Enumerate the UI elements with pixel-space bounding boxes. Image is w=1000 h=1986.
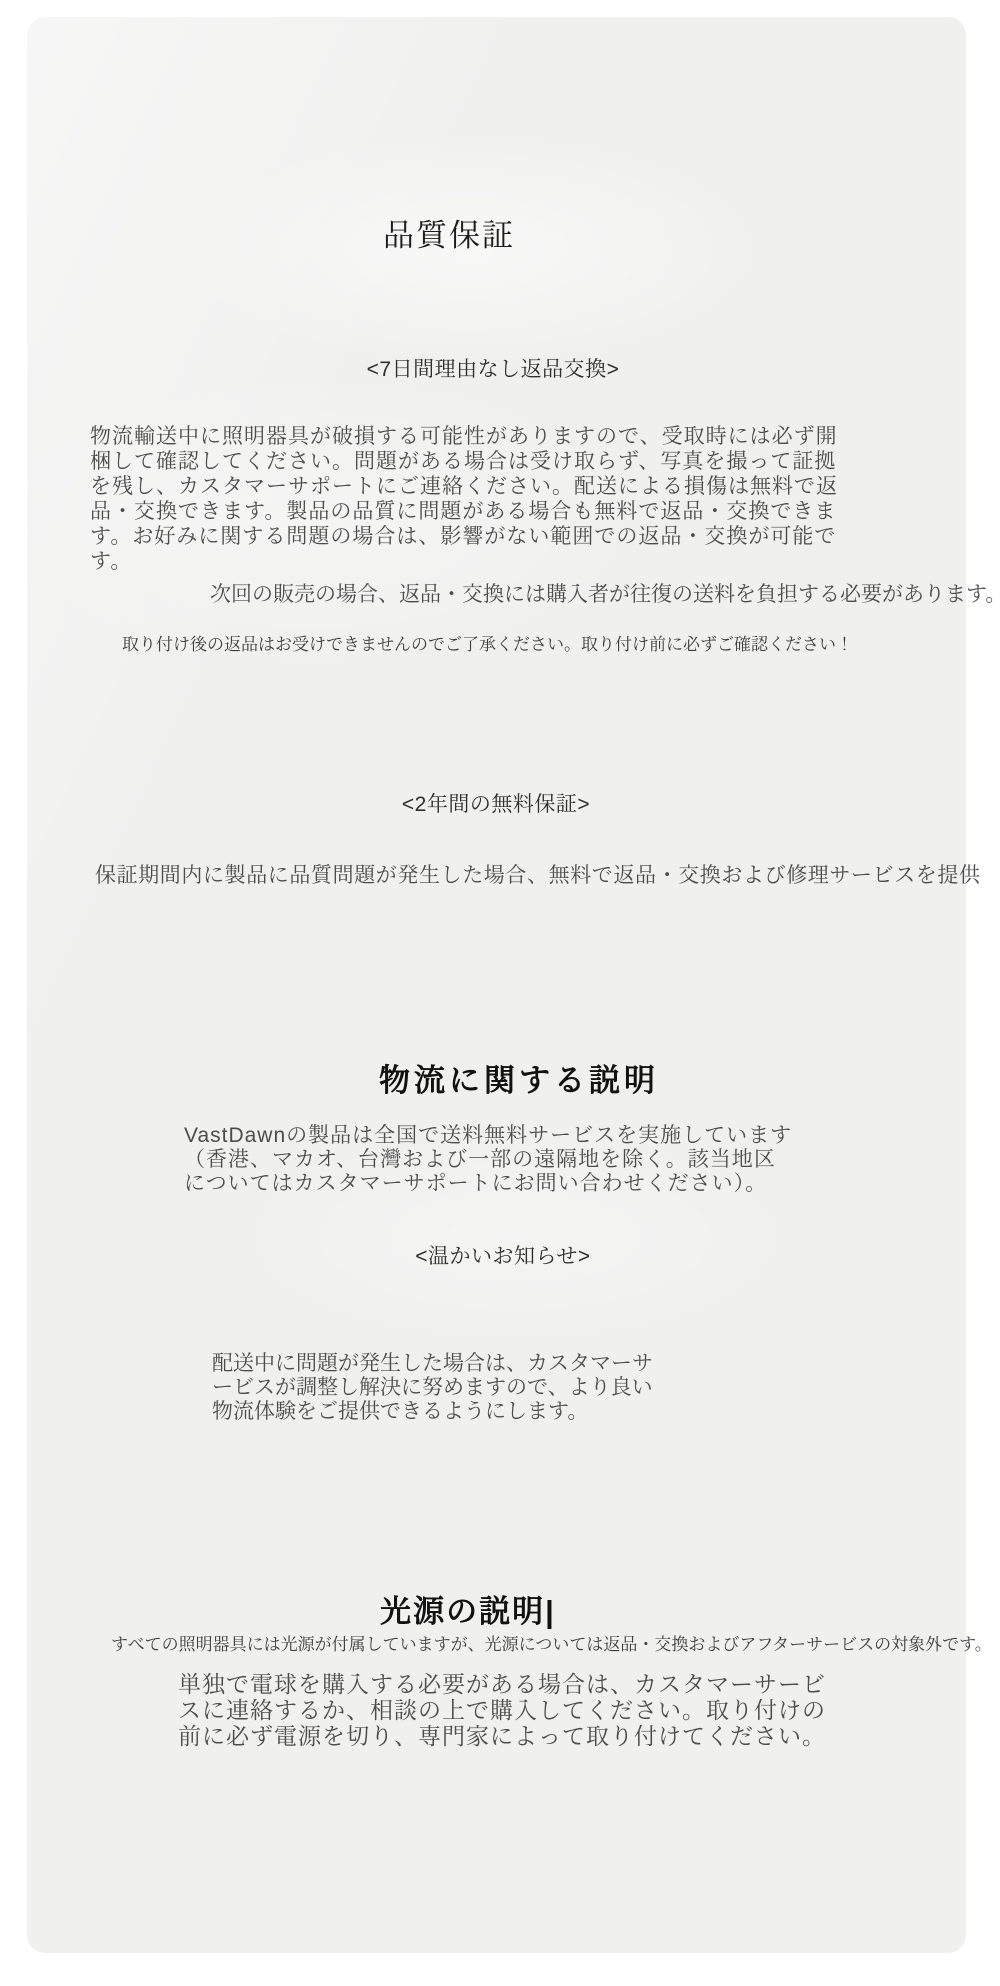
quality-assurance-title: 品質保証: [383, 218, 515, 254]
product-description-page: 品質保証 <7日間理由なし返品交換> 物流輸送中に照明器具が破損する可能性があり…: [0, 0, 1000, 1986]
two-year-warranty-subtitle: <2年間の無料保証>: [402, 792, 590, 817]
seven-day-return-subtitle: <7日間理由なし返品交換>: [367, 357, 620, 382]
light-source-exclusion-note: すべての照明器具には光源が付属していますが、光源については返品・交換およびアフタ…: [111, 1634, 992, 1655]
free-shipping-paragraph: VastDawnの製品は全国で送料無料サービスを実施しています （香港、マカオ、…: [184, 1124, 884, 1196]
shipping-damage-paragraph: 物流輸送中に照明器具が破損する可能性がありますので、受取時には必ず開 梱して確認…: [90, 424, 890, 574]
no-return-after-install-note: 取り付け後の返品はお受けできませんのでご了承ください。取り付け前に必ずご確認くだ…: [122, 634, 853, 655]
bulb-purchase-paragraph: 単独で電球を購入する必要がある場合は、カスタマーサービ スに連絡するか、相談の上…: [178, 1671, 878, 1749]
content-card: [27, 17, 966, 1953]
delivery-issue-paragraph: 配送中に問題が発生した場合は、カスタマーサ ービスが調整し解決に努めますので、よ…: [212, 1352, 732, 1424]
resale-shipping-fee-note: 次回の販売の場合、返品・交換には購入者が往復の送料を負担する必要があります。: [210, 583, 1000, 607]
logistics-heading: 物流に関する説明: [379, 1063, 659, 1099]
warm-notice-subtitle: <温かいお知らせ>: [415, 1244, 590, 1269]
light-source-heading: 光源の説明|: [380, 1594, 556, 1630]
warranty-service-note: 保証期間内に製品に品質問題が発生した場合、無料で返品・交換および修理サービスを提…: [95, 863, 981, 888]
